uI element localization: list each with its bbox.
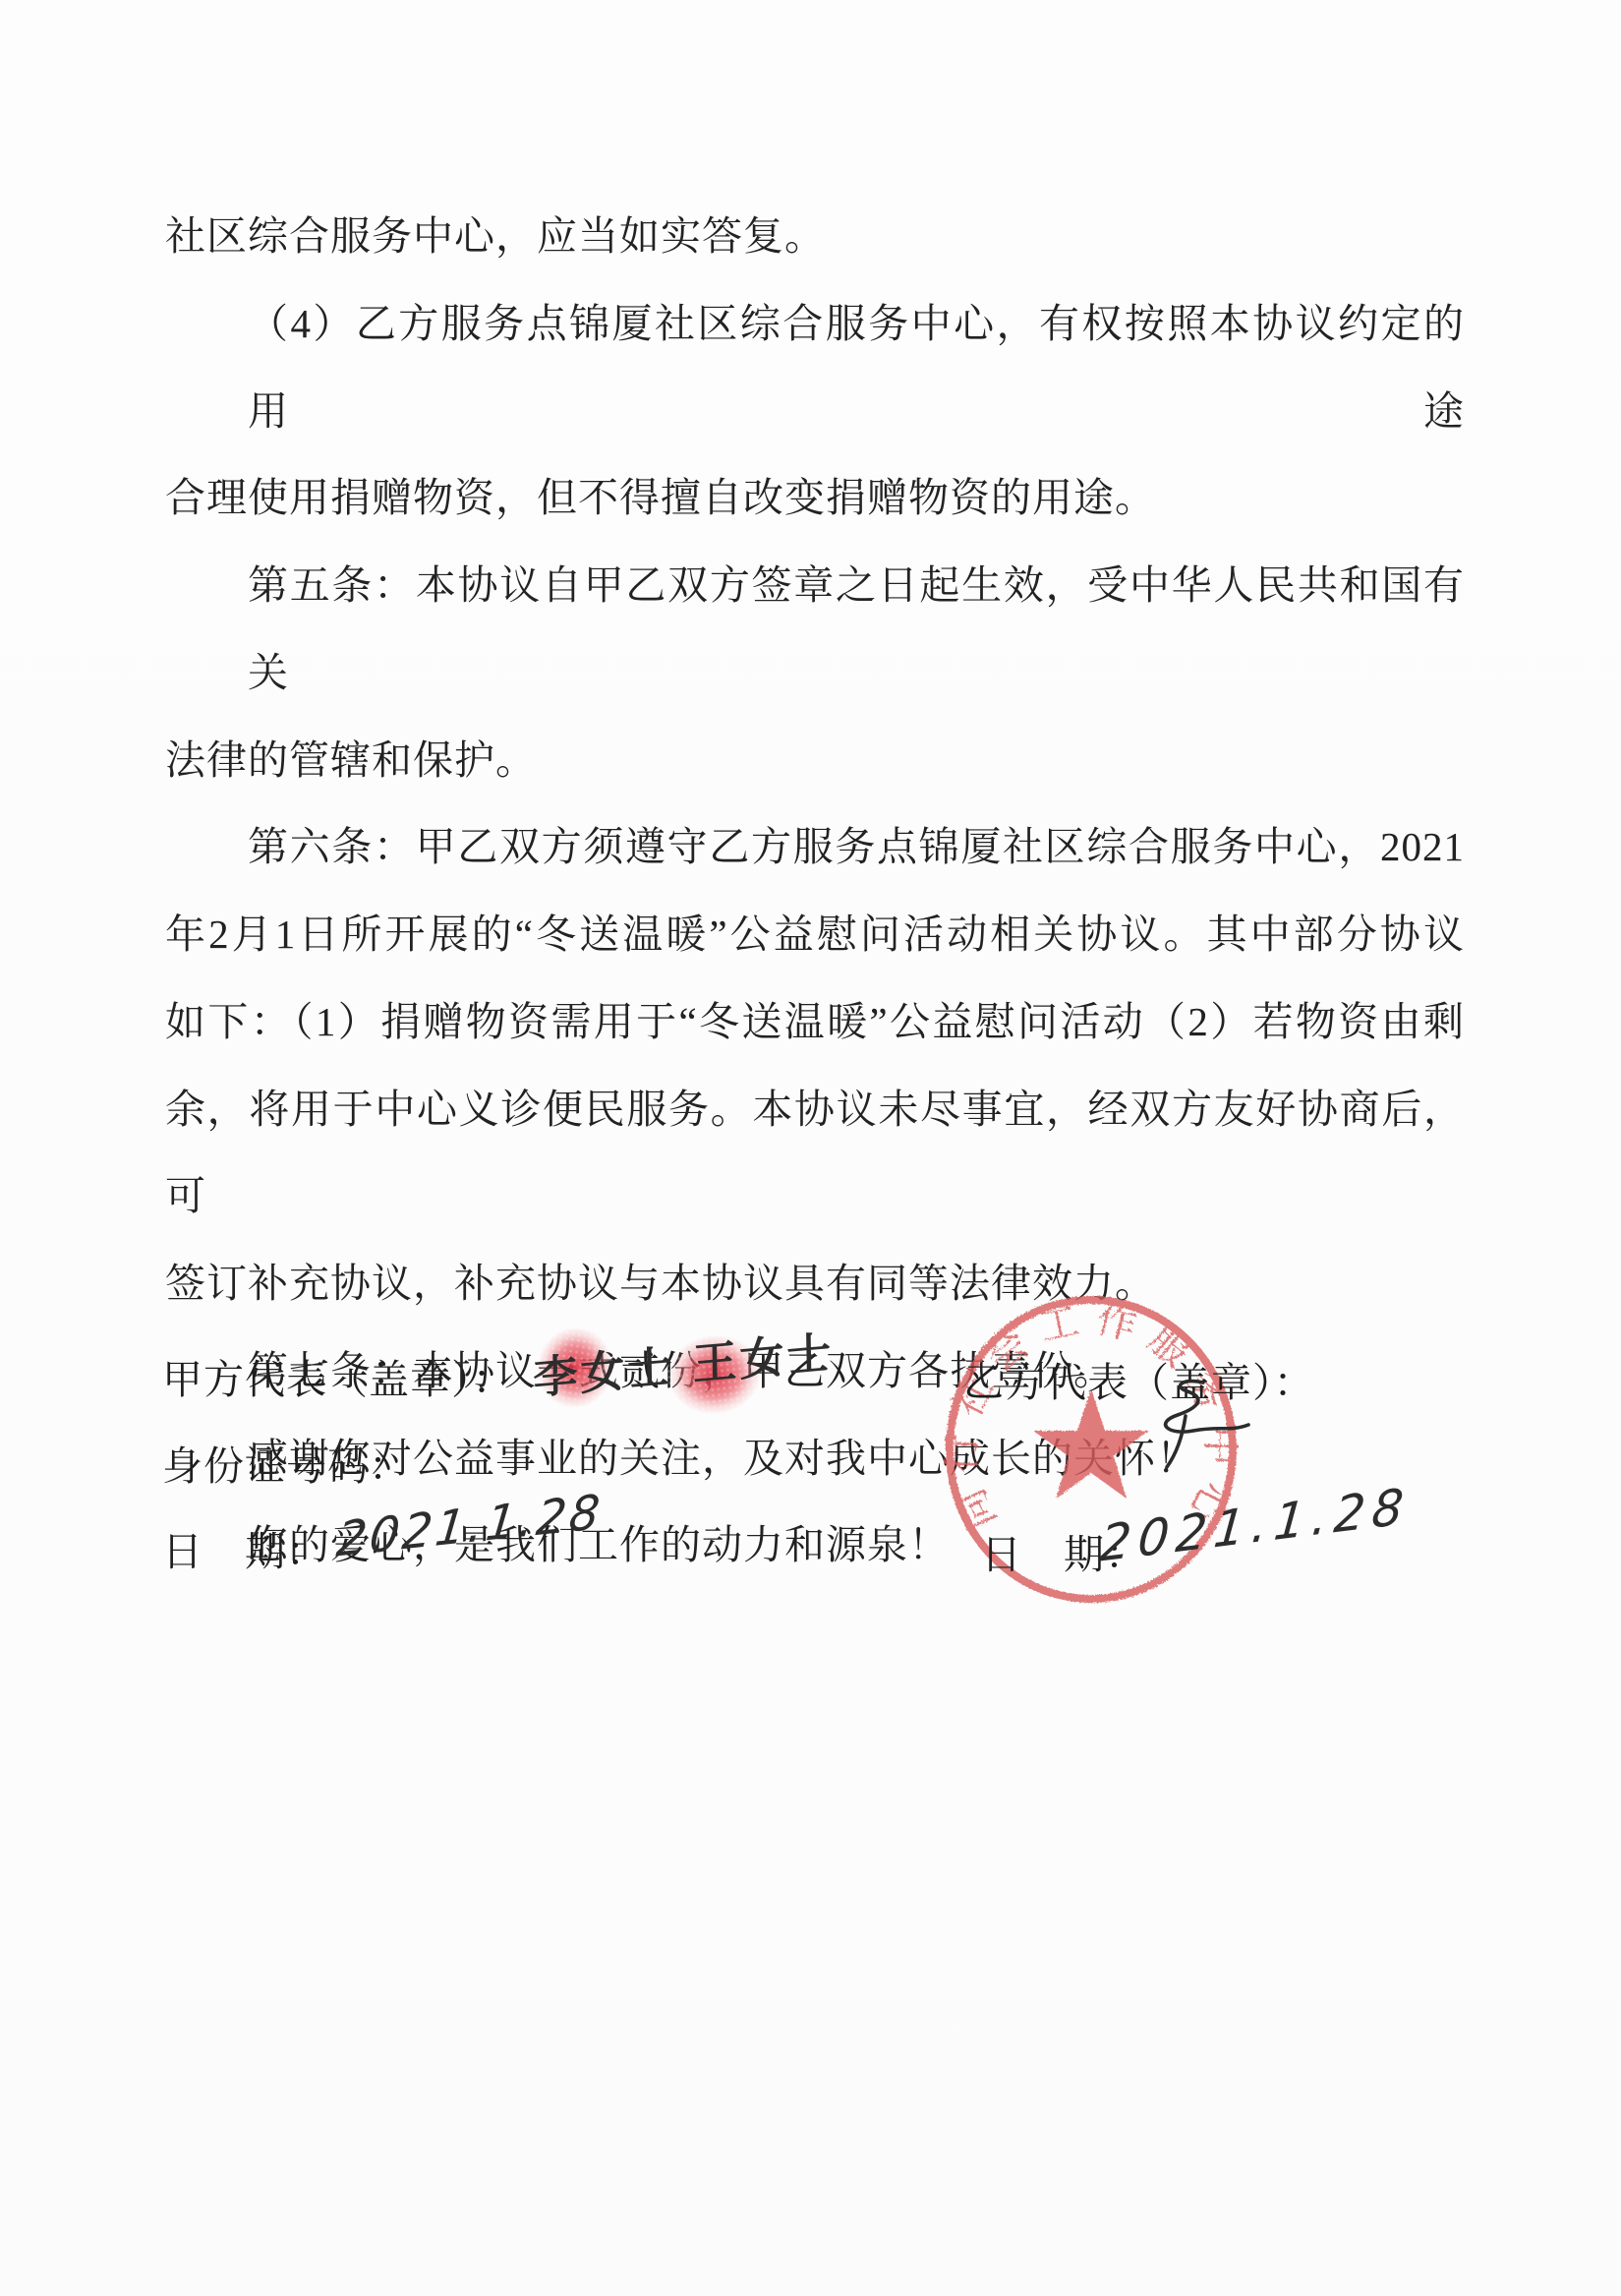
date-label-party-a: 日 期： <box>162 1519 327 1577</box>
contract-page: 社区综合服务中心，应当如实答复。 （4）乙方服务点锦厦社区综合服务中心，有权按照… <box>0 0 1621 2296</box>
party-a-representative-label: 甲方代表（盖章）： <box>162 1347 514 1405</box>
body-line: 余，将用于中心义诊便民服务。本协议未尽事宜，经双方友好协商后，可 <box>165 1066 1465 1241</box>
body-line: （4）乙方服务点锦厦社区综合服务中心，有权按照本协议约定的用途 <box>165 280 1465 455</box>
body-line: 如下：（1）捐赠物资需用于“冬送温暖”公益慰问活动（2）若物资由剩 <box>165 978 1465 1066</box>
body-line: 签订补充协议，补充协议与本协议具有同等法律效力。 <box>165 1240 1465 1327</box>
id-number-label: 身份证号码： <box>162 1434 410 1492</box>
body-line: 法律的管辖和保护。 <box>165 717 1465 804</box>
body-line: 合理使用捐赠物资，但不得擅自改变捐赠物资的用途。 <box>165 454 1465 542</box>
body-line: 年2月1日所开展的“冬送温暖”公益慰问活动相关协议。其中部分协议 <box>165 891 1465 978</box>
body-line: 第五条：本协议自甲乙双方签章之日起生效，受中华人民共和国有关 <box>165 542 1465 717</box>
body-line: 第六条：甲乙双方须遵守乙方服务点锦厦社区综合服务中心，2021 <box>165 803 1465 891</box>
body-line: 社区综合服务中心，应当如实答复。 <box>165 193 1465 280</box>
party-b-handwritten-signature <box>1127 1375 1256 1473</box>
